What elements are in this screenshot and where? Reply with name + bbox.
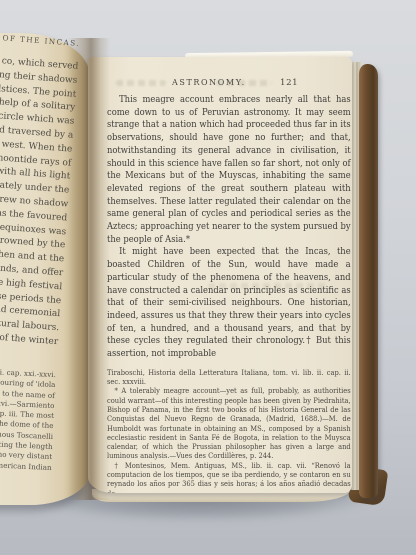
left-running-header: TION OF THE INCAS. — [0, 31, 80, 48]
paragraph: It might have been expected that the Inc… — [107, 246, 351, 360]
main-text: This meagre account embraces nearly all … — [107, 94, 351, 361]
running-header-row: ASTRONOMY. 121 — [88, 78, 352, 90]
show-through-smudge — [116, 80, 166, 86]
left-page-text-block: TION OF THE INCAS. co, which servedasuri… — [0, 30, 80, 473]
book-cover-edge — [359, 64, 378, 498]
show-through-smudge — [216, 80, 272, 86]
footnote: * A tolerably meagre account—yet as full… — [107, 386, 351, 460]
left-page-footnote-fragments: i. lib. ii. cap. xxi.-xxvi.illars, as sa… — [0, 365, 56, 473]
page-text-column: This meagre account embraces nearly all … — [107, 94, 351, 493]
footnote: Tiraboschi, Historia della Letteratura I… — [107, 368, 351, 387]
right-page: ASTRONOMY. 121 This meagre account embra… — [88, 57, 352, 493]
left-page: TION OF THE INCAS. co, which servedasuri… — [0, 33, 90, 505]
paragraph: This meagre account embraces nearly all … — [107, 94, 351, 246]
footnote: † Montesinos, Mem. Antiguas, MS., lib. i… — [107, 461, 351, 493]
left-page-body-fragments: co, which servedasuring their shadowsf t… — [0, 52, 78, 350]
page-number: 121 — [280, 78, 298, 88]
open-book-photo: TION OF THE INCAS. co, which servedasuri… — [0, 0, 416, 555]
footnotes: Tiraboschi, Historia della Letteratura I… — [107, 368, 351, 493]
